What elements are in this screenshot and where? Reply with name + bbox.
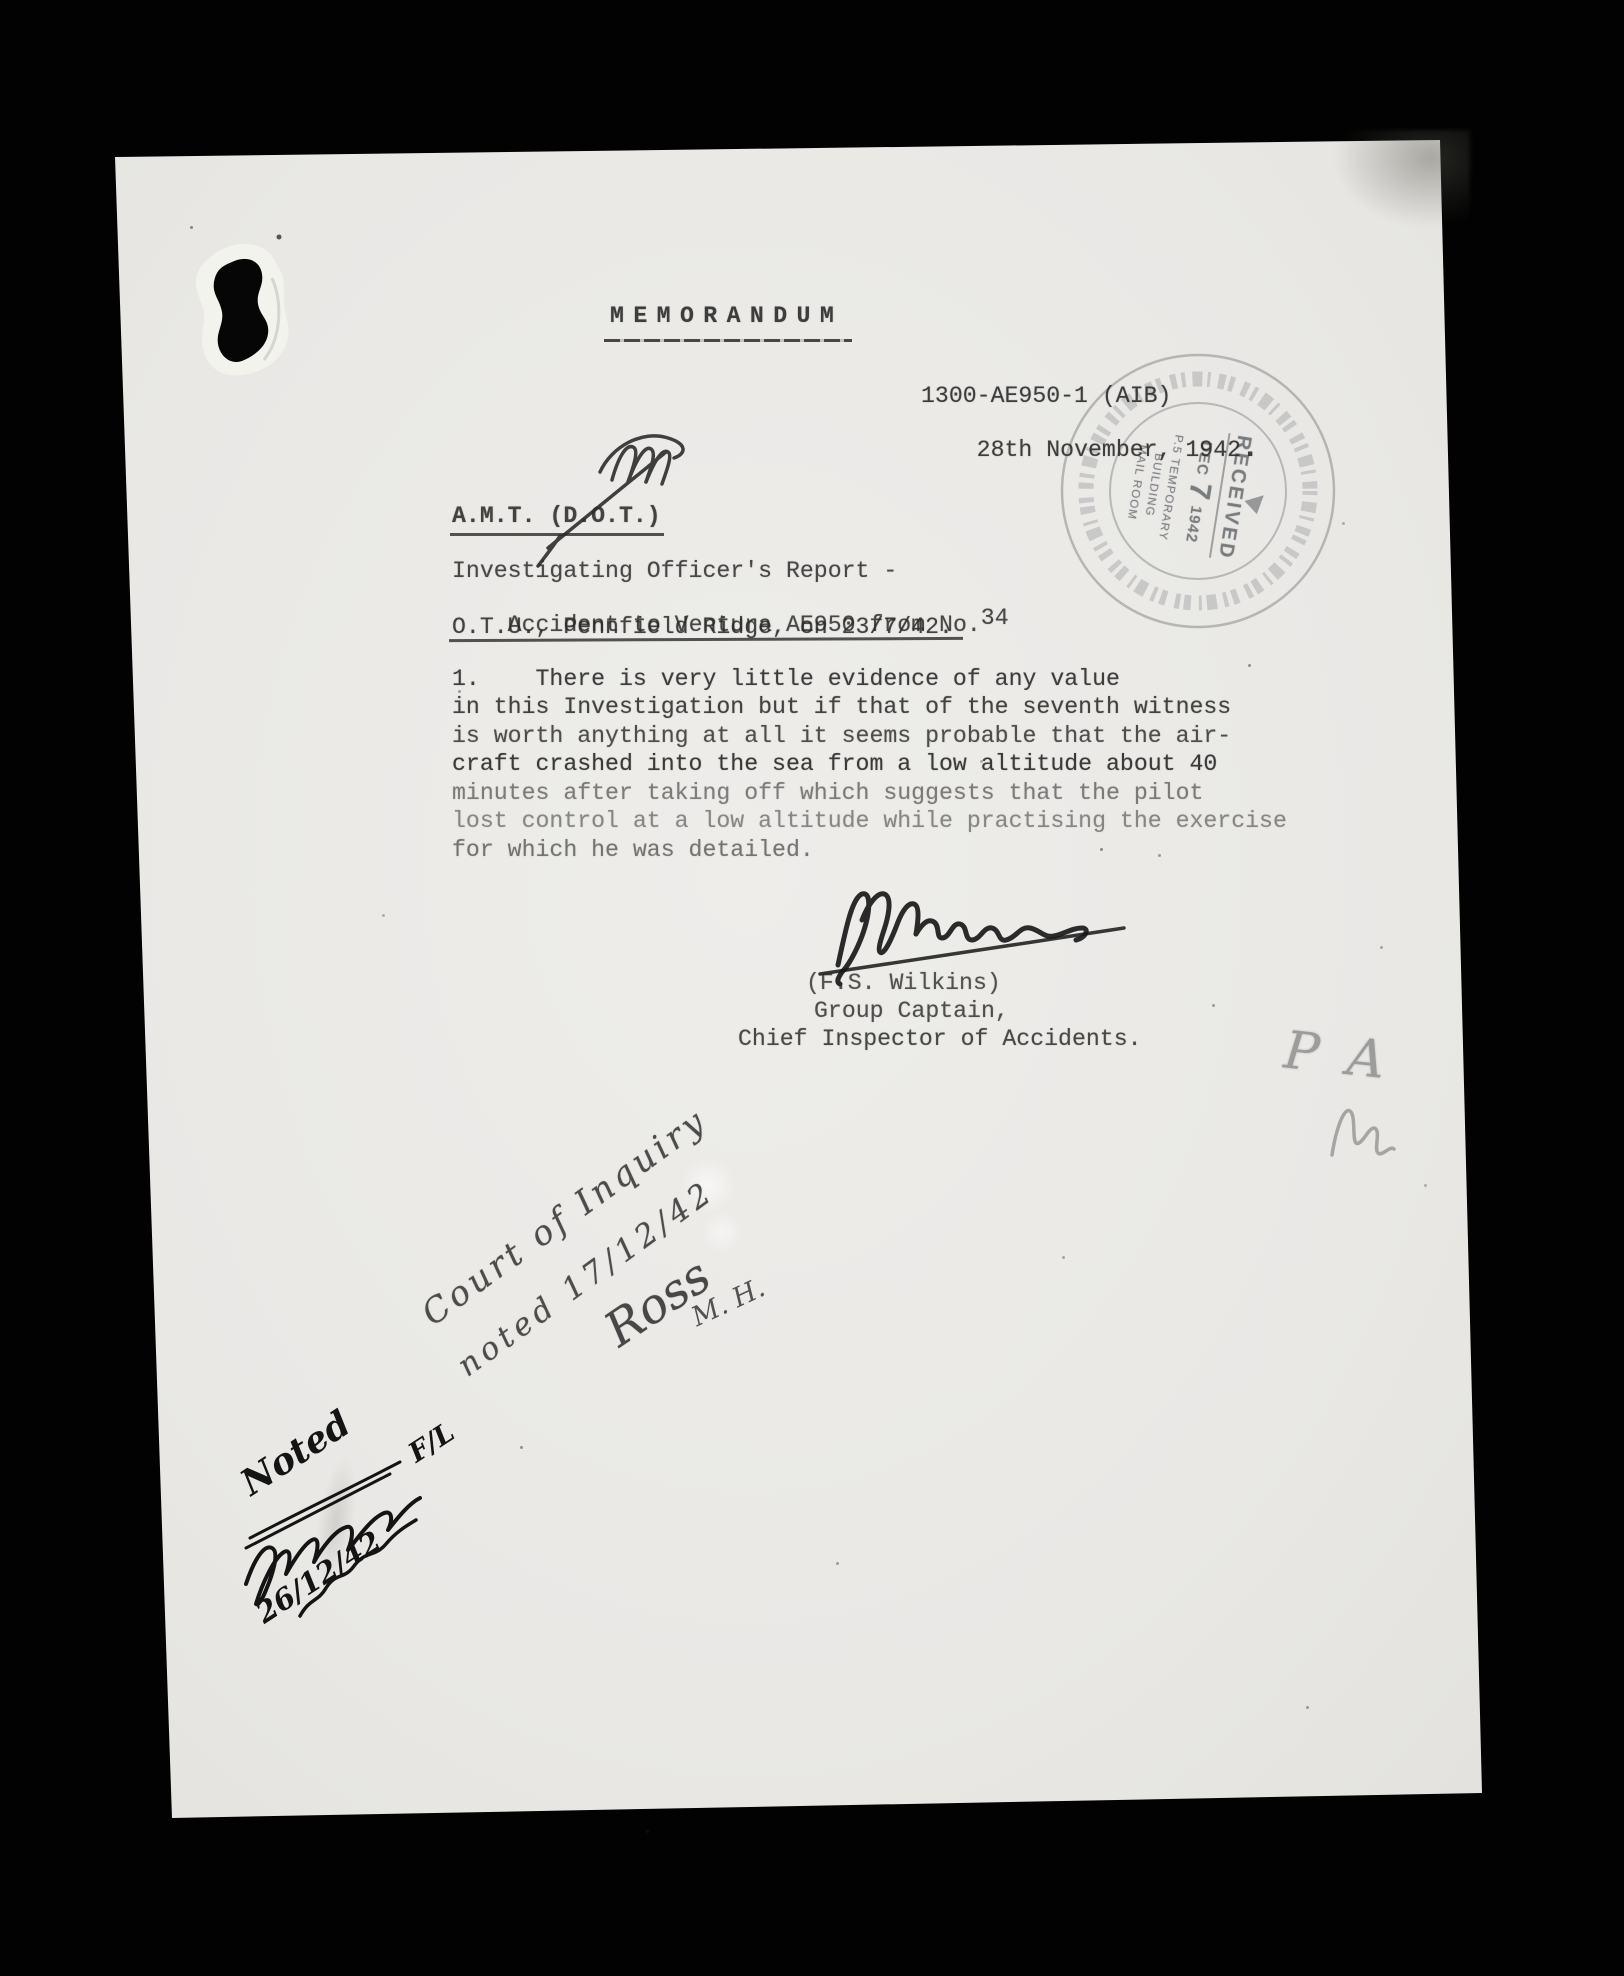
scanned-memo-page: RECEIVED DEC 7 1942 P.5 TEMPORARY BUILDI…: [0, 0, 1624, 1976]
signature-name: (F.S. Wilkins): [806, 970, 1001, 996]
body-line-6: lost control at a low altitude while pra…: [452, 808, 1287, 834]
signature-title: Chief Inspector of Accidents.: [738, 1026, 1142, 1052]
memo-title: MEMORANDUM: [610, 303, 843, 329]
body-line-3: is worth anything at all it seems probab…: [452, 723, 1231, 749]
date-period: .: [1241, 432, 1259, 466]
subject-line-3: O.T.U., Pennfield Ridge, on 23/7/42.: [452, 614, 953, 640]
aircraft-unit-number: 34: [981, 605, 1009, 631]
signature-rank: Group Captain,: [814, 998, 1009, 1024]
signature-flourish: [820, 928, 1124, 974]
addressee-underline: [450, 533, 664, 536]
body-line-5: minutes after taking off which suggests …: [452, 780, 1203, 806]
torn-hole: [180, 220, 320, 390]
subject-line-1: Investigating Officer's Report -: [452, 558, 897, 584]
date-line: 28th November, 1942.: [921, 411, 1259, 489]
body-line-4: craft crashed into the sea from a low al…: [452, 751, 1217, 777]
stamp-year: 1942: [1183, 505, 1206, 545]
pencil-initials-squiggle: [1320, 1085, 1410, 1165]
noted-underline: [250, 1462, 400, 1538]
title-underline: [604, 339, 852, 342]
addressee: A.M.T. (D.O.T.): [452, 503, 661, 529]
date-text: 28th November, 1942: [977, 437, 1241, 463]
body-line-2: in this Investigation but if that of the…: [452, 694, 1231, 720]
corner-smudge: [1330, 130, 1470, 230]
noted-underline: [246, 1474, 390, 1548]
body-line-7: for which he was detailed.: [452, 837, 814, 863]
dust-dot: [277, 235, 282, 240]
dust-specks: [0, 0, 3, 3]
paper-light-patch: [700, 1212, 744, 1252]
noted-signature-squiggle: [246, 1498, 420, 1604]
reference-number: 1300-AE950-1 (AIB): [921, 383, 1171, 409]
noted-ink-strokes: [230, 1430, 490, 1640]
pencil-initials: P A: [1281, 1021, 1394, 1092]
body-line-1: 1. There is very little evidence of any …: [452, 666, 1120, 692]
